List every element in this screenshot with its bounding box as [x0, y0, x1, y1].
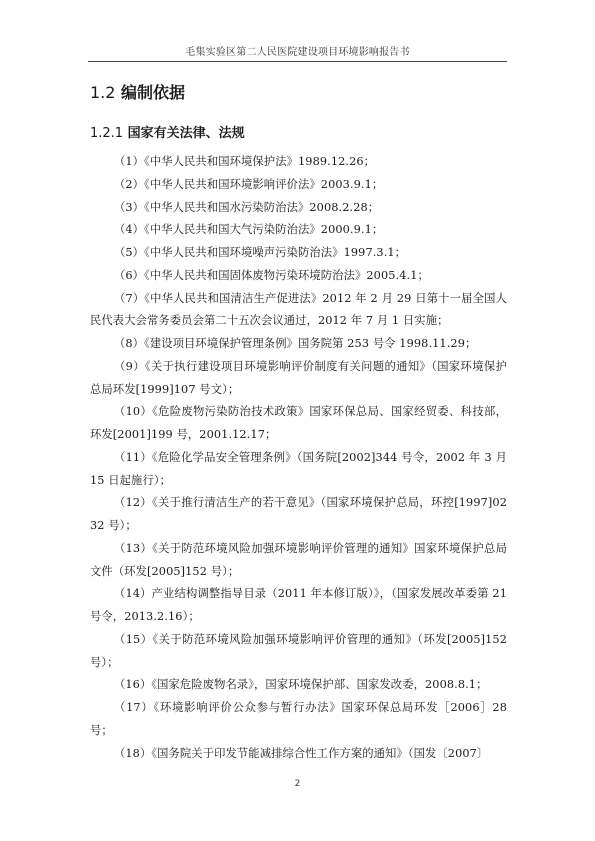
list-item: （7）《中华人民共和国清洁生产促进法》2012 年 2 月 29 日第十一届全国…	[90, 288, 507, 334]
running-header: 毛集实验区第二人民医院建设项目环境影响报告书	[88, 46, 507, 59]
list-item: （10）《危险废物污染防治技术政策》国家环保总局、国家经贸委、科技部，环发[20…	[90, 401, 507, 447]
list-item: （11）《危险化学品安全管理条例》（国务院[2002]344 号令，2002 年…	[90, 447, 507, 493]
list-item: （16）《国家危险废物名录》，国家环境保护部、国家发改委，2008.8.1；	[90, 674, 507, 697]
list-item: （8）《建设项目环境保护管理条例》国务院第 253 号令 1998.11.29；	[90, 333, 507, 356]
subsection-number: 1.2.1	[90, 126, 123, 141]
subsection-heading: 1.2.1 国家有关法律、法规	[90, 124, 507, 144]
page-number: 2	[0, 779, 595, 789]
list-item: （1）《中华人民共和国环境保护法》1989.12.26；	[90, 151, 507, 174]
document-body: 1.2 编制依据 1.2.1 国家有关法律、法规 （1）《中华人民共和国环境保护…	[90, 82, 507, 765]
list-item: （17）《环境影响评价公众参与暂行办法》国家环保总局环发［2006］28 号；	[90, 697, 507, 743]
subsection-title: 国家有关法律、法规	[128, 126, 245, 141]
list-item: （2）《中华人民共和国环境影响评价法》2003.9.1；	[90, 174, 507, 197]
section-number: 1.2	[90, 83, 115, 102]
list-item: （9）《关于执行建设项目环境影响评价制度有关问题的通知》（国家环境保护总局环发[…	[90, 356, 507, 402]
header-divider	[88, 61, 507, 62]
regulation-list: （1）《中华人民共和国环境保护法》1989.12.26； （2）《中华人民共和国…	[90, 151, 507, 765]
list-item: （5）《中华人民共和国环境噪声污染防治法》1997.3.1；	[90, 242, 507, 265]
list-item: （12）《关于推行清洁生产的若干意见》（国家环境保护总局，环控[1997]023…	[90, 492, 507, 538]
list-item: （15）《关于防范环境风险加强环境影响评价管理的通知》（环发[2005]152 …	[90, 629, 507, 675]
list-item: （3）《中华人民共和国水污染防治法》2008.2.28；	[90, 197, 507, 220]
section-heading: 1.2 编制依据	[90, 82, 507, 104]
list-item: （18）《国务院关于印发节能减排综合性工作方案的通知》（国发〔2007〕	[90, 743, 507, 766]
section-title: 编制依据	[121, 83, 185, 102]
list-item: （13）《关于防范环境风险加强环境影响评价管理的通知》国家环境保护总局文件（环发…	[90, 538, 507, 584]
list-item: （14）产业结构调整指导目录（2011 年本修订版）》，（国家发展改革委第 21…	[90, 583, 507, 629]
list-item: （4）《中华人民共和国大气污染防治法》2000.9.1；	[90, 219, 507, 242]
list-item: （6）《中华人民共和国固体废物污染环境防治法》2005.4.1；	[90, 265, 507, 288]
